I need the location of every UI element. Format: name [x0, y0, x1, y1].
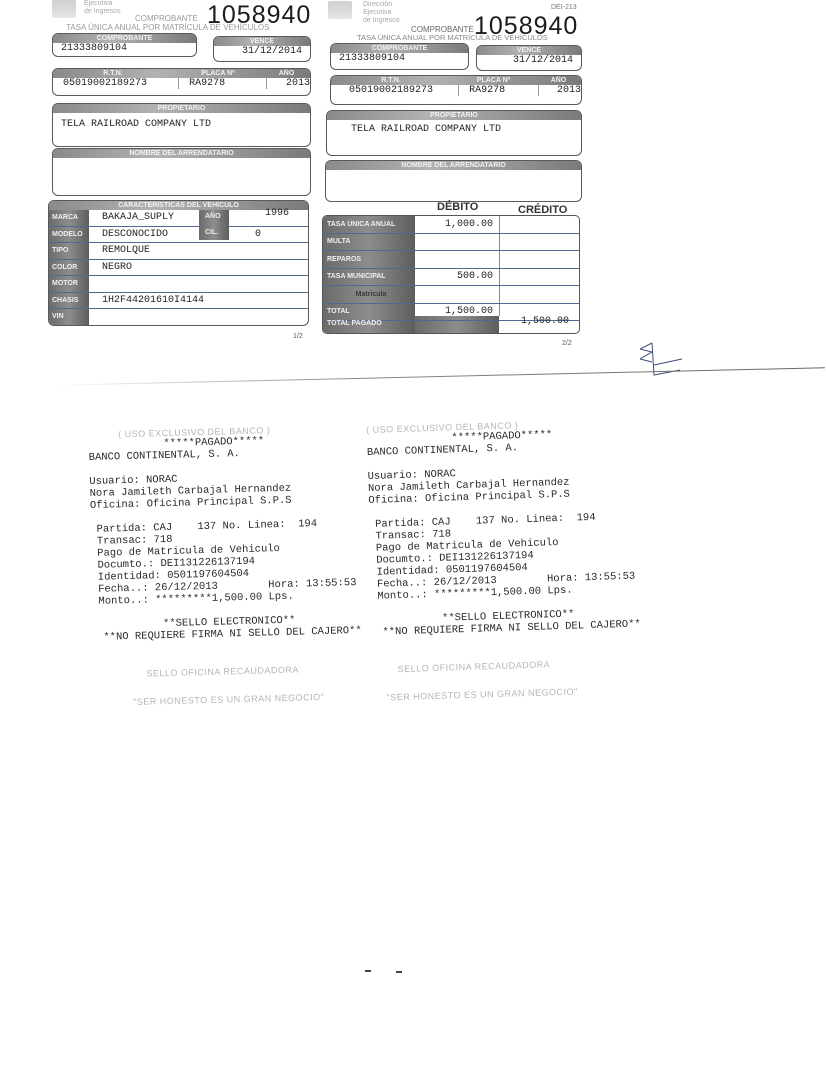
form-code: DEI-213: [551, 4, 577, 11]
vehicle-row: TIPOREMOLQUE: [49, 243, 308, 260]
propietario-field: PROPIETARIO TELA RAILROAD COMPANY LTD: [52, 103, 311, 147]
total-pagado-label: TOTAL PAGADO: [327, 320, 382, 327]
charge-label: TOTAL: [323, 308, 415, 315]
vehicle-row-label: CHASIS: [49, 297, 92, 304]
placa-label: PLACA Nº: [173, 69, 263, 78]
field-label: NOMBRE DEL ARRENDATARIO: [326, 161, 581, 170]
propietario-field: PROPIETARIO TELA RAILROAD COMPANY LTD: [326, 110, 582, 156]
rtn-value: 05019002189273: [331, 85, 459, 96]
field-value: 31/12/2014: [477, 55, 581, 68]
field-label: NOMBRE DEL ARRENDATARIO: [53, 149, 310, 158]
agency-line: Ejecutiva: [363, 9, 400, 17]
vehicle-characteristics: CARACTERÍSTICAS DEL VEHÍCULO MARCABAKAJA…: [48, 200, 309, 326]
arrendatario-field: NOMBRE DEL ARRENDATARIO: [52, 148, 311, 196]
vehicle-row-label: TIPO: [49, 247, 92, 254]
scan-speck: [396, 971, 402, 973]
placa-value: RA9278: [459, 85, 539, 96]
field-label: COMPROBANTE: [331, 44, 468, 53]
vence-field: VENCE 31/12/2014: [476, 45, 582, 71]
scan-speck: [365, 970, 371, 972]
vehicle-row-value: 1H2F44201610I4144: [92, 295, 204, 306]
charge-rows: TASA ÚNICA ANUAL1,000.00MULTAREPAROSTASA…: [323, 216, 579, 321]
field-values: 05019002189273 RA9278 2013: [331, 85, 581, 96]
charge-row: TASA MUNICIPAL500.00: [323, 269, 579, 287]
ano-cil-label-block: AÑO CIL.: [199, 210, 229, 240]
voucher-number: 1058940: [207, 1, 311, 30]
vence-field: VENCE 31/12/2014: [213, 36, 311, 62]
ano-value: 2013: [267, 78, 310, 89]
charge-row: TASA ÚNICA ANUAL1,000.00: [323, 216, 579, 234]
page-indicator: 1/2: [293, 333, 303, 340]
rtn-value: 05019002189273: [53, 78, 179, 89]
agency-line: de Ingresos: [84, 8, 121, 16]
field-value: [53, 158, 310, 162]
charge-row: Matrícula: [323, 286, 579, 304]
field-value: 21333809104: [331, 53, 468, 66]
agency-name: Dirección Ejecutiva de Ingresos: [363, 1, 400, 25]
vehicle-row-value: BAKAJA_SUPLY: [92, 212, 174, 223]
vehicle-row: MOTOR: [49, 276, 308, 293]
vehicle-row-value: REMOLQUE: [92, 245, 150, 256]
bank-receipt-2: ( USO EXCLUSIVO DEL BANCO ) *****PAGADO*…: [366, 417, 643, 703]
charge-debito: 500.00: [415, 271, 493, 282]
agency-logo-icon: [52, 0, 76, 18]
placa-label: PLACA Nº: [451, 76, 536, 85]
charge-label: TASA ÚNICA ANUAL: [323, 221, 415, 228]
cil-value: 0: [255, 229, 261, 240]
field-values: 05019002189273 RA9278 2013: [53, 78, 310, 89]
charges-table: TASA ÚNICA ANUAL1,000.00MULTAREPAROSTASA…: [322, 215, 580, 334]
field-header: R.T.N. PLACA Nº AÑO: [331, 76, 581, 85]
comprobante-field: COMPROBANTE 21333809104: [52, 33, 197, 57]
field-label: COMPROBANTE: [53, 34, 196, 43]
vehicle-row-label: MARCA: [49, 214, 92, 221]
ano-label: AÑO: [536, 76, 581, 85]
rtn-label: R.T.N.: [331, 76, 451, 85]
charge-label: TASA MUNICIPAL: [323, 273, 415, 280]
charge-row: MULTA: [323, 234, 579, 252]
agency-logo-icon: [328, 1, 352, 19]
placa-value: RA9278: [179, 78, 267, 89]
field-value: 31/12/2014: [214, 46, 310, 59]
field-header: R.T.N. PLACA Nº AÑO: [53, 69, 310, 78]
vehicle-rows: MARCABAKAJA_SUPLYMODELODESCONOCIDOTIPORE…: [49, 210, 308, 326]
charge-debito: 1,500.00: [415, 306, 493, 317]
total-pagado-value: 1,500.00: [521, 316, 569, 327]
vehicle-row-label: VIN: [49, 313, 92, 320]
ano-vehiculo-value: 1996: [265, 208, 289, 219]
agency-line: Ejecutiva: [84, 0, 121, 8]
page-indicator: 2/2: [562, 340, 572, 347]
voucher-number: 1058940: [474, 12, 578, 41]
cut-line: [55, 367, 825, 385]
vehicle-row-value: DESCONOCIDO: [92, 229, 168, 240]
agency-line: Dirección: [363, 1, 400, 9]
field-label: VENCE: [214, 37, 310, 46]
handwritten-initial-icon: [640, 335, 700, 385]
field-value: [326, 170, 581, 174]
field-value: 21333809104: [53, 43, 196, 56]
charge-label: Matrícula: [323, 291, 415, 298]
field-label: PROPIETARIO: [53, 104, 310, 113]
vehicle-row: CHASIS1H2F44201610I4144: [49, 293, 308, 310]
comprobante-field: COMPROBANTE 21333809104: [330, 43, 469, 70]
field-value: TELA RAILROAD COMPANY LTD: [53, 113, 310, 132]
vehicle-row-label: COLOR: [49, 264, 92, 271]
vehicle-row: COLORNEGRO: [49, 260, 308, 277]
vehicle-row-label: MODELO: [49, 231, 92, 238]
field-value: TELA RAILROAD COMPANY LTD: [327, 120, 581, 137]
arrendatario-field: NOMBRE DEL ARRENDATARIO: [325, 160, 582, 202]
vehicle-row-label: MOTOR: [49, 280, 92, 287]
vehicle-row: MODELODESCONOCIDO: [49, 227, 308, 244]
vehicle-row-value: NEGRO: [92, 262, 132, 273]
charge-row: REPAROS: [323, 251, 579, 269]
ano-label: AÑO: [199, 210, 229, 220]
field-label: VENCE: [477, 46, 581, 55]
charge-label: MULTA: [323, 238, 415, 245]
agency-line: de Ingresos: [363, 17, 400, 25]
rtn-label: R.T.N.: [53, 69, 173, 78]
debito-header: DÉBITO: [437, 201, 478, 213]
bank-receipt-1: ( USO EXCLUSIVO DEL BANCO ) *****PAGADO*…: [88, 423, 364, 708]
charge-label: REPAROS: [323, 256, 415, 263]
rtn-placa-ano-field: R.T.N. PLACA Nº AÑO 05019002189273 RA927…: [52, 68, 311, 96]
agency-name: Ejecutiva de Ingresos: [84, 0, 121, 16]
field-label: PROPIETARIO: [327, 111, 581, 120]
charge-debito: 1,000.00: [415, 219, 493, 230]
doc-type: COMPROBANTE: [135, 14, 198, 23]
cil-label: CIL.: [199, 220, 229, 236]
ano-value: 2013: [539, 85, 581, 96]
rtn-placa-ano-field: R.T.N. PLACA Nº AÑO 05019002189273 RA927…: [330, 75, 582, 105]
ano-label: AÑO: [263, 69, 310, 78]
vehicle-row: VIN: [49, 309, 308, 326]
